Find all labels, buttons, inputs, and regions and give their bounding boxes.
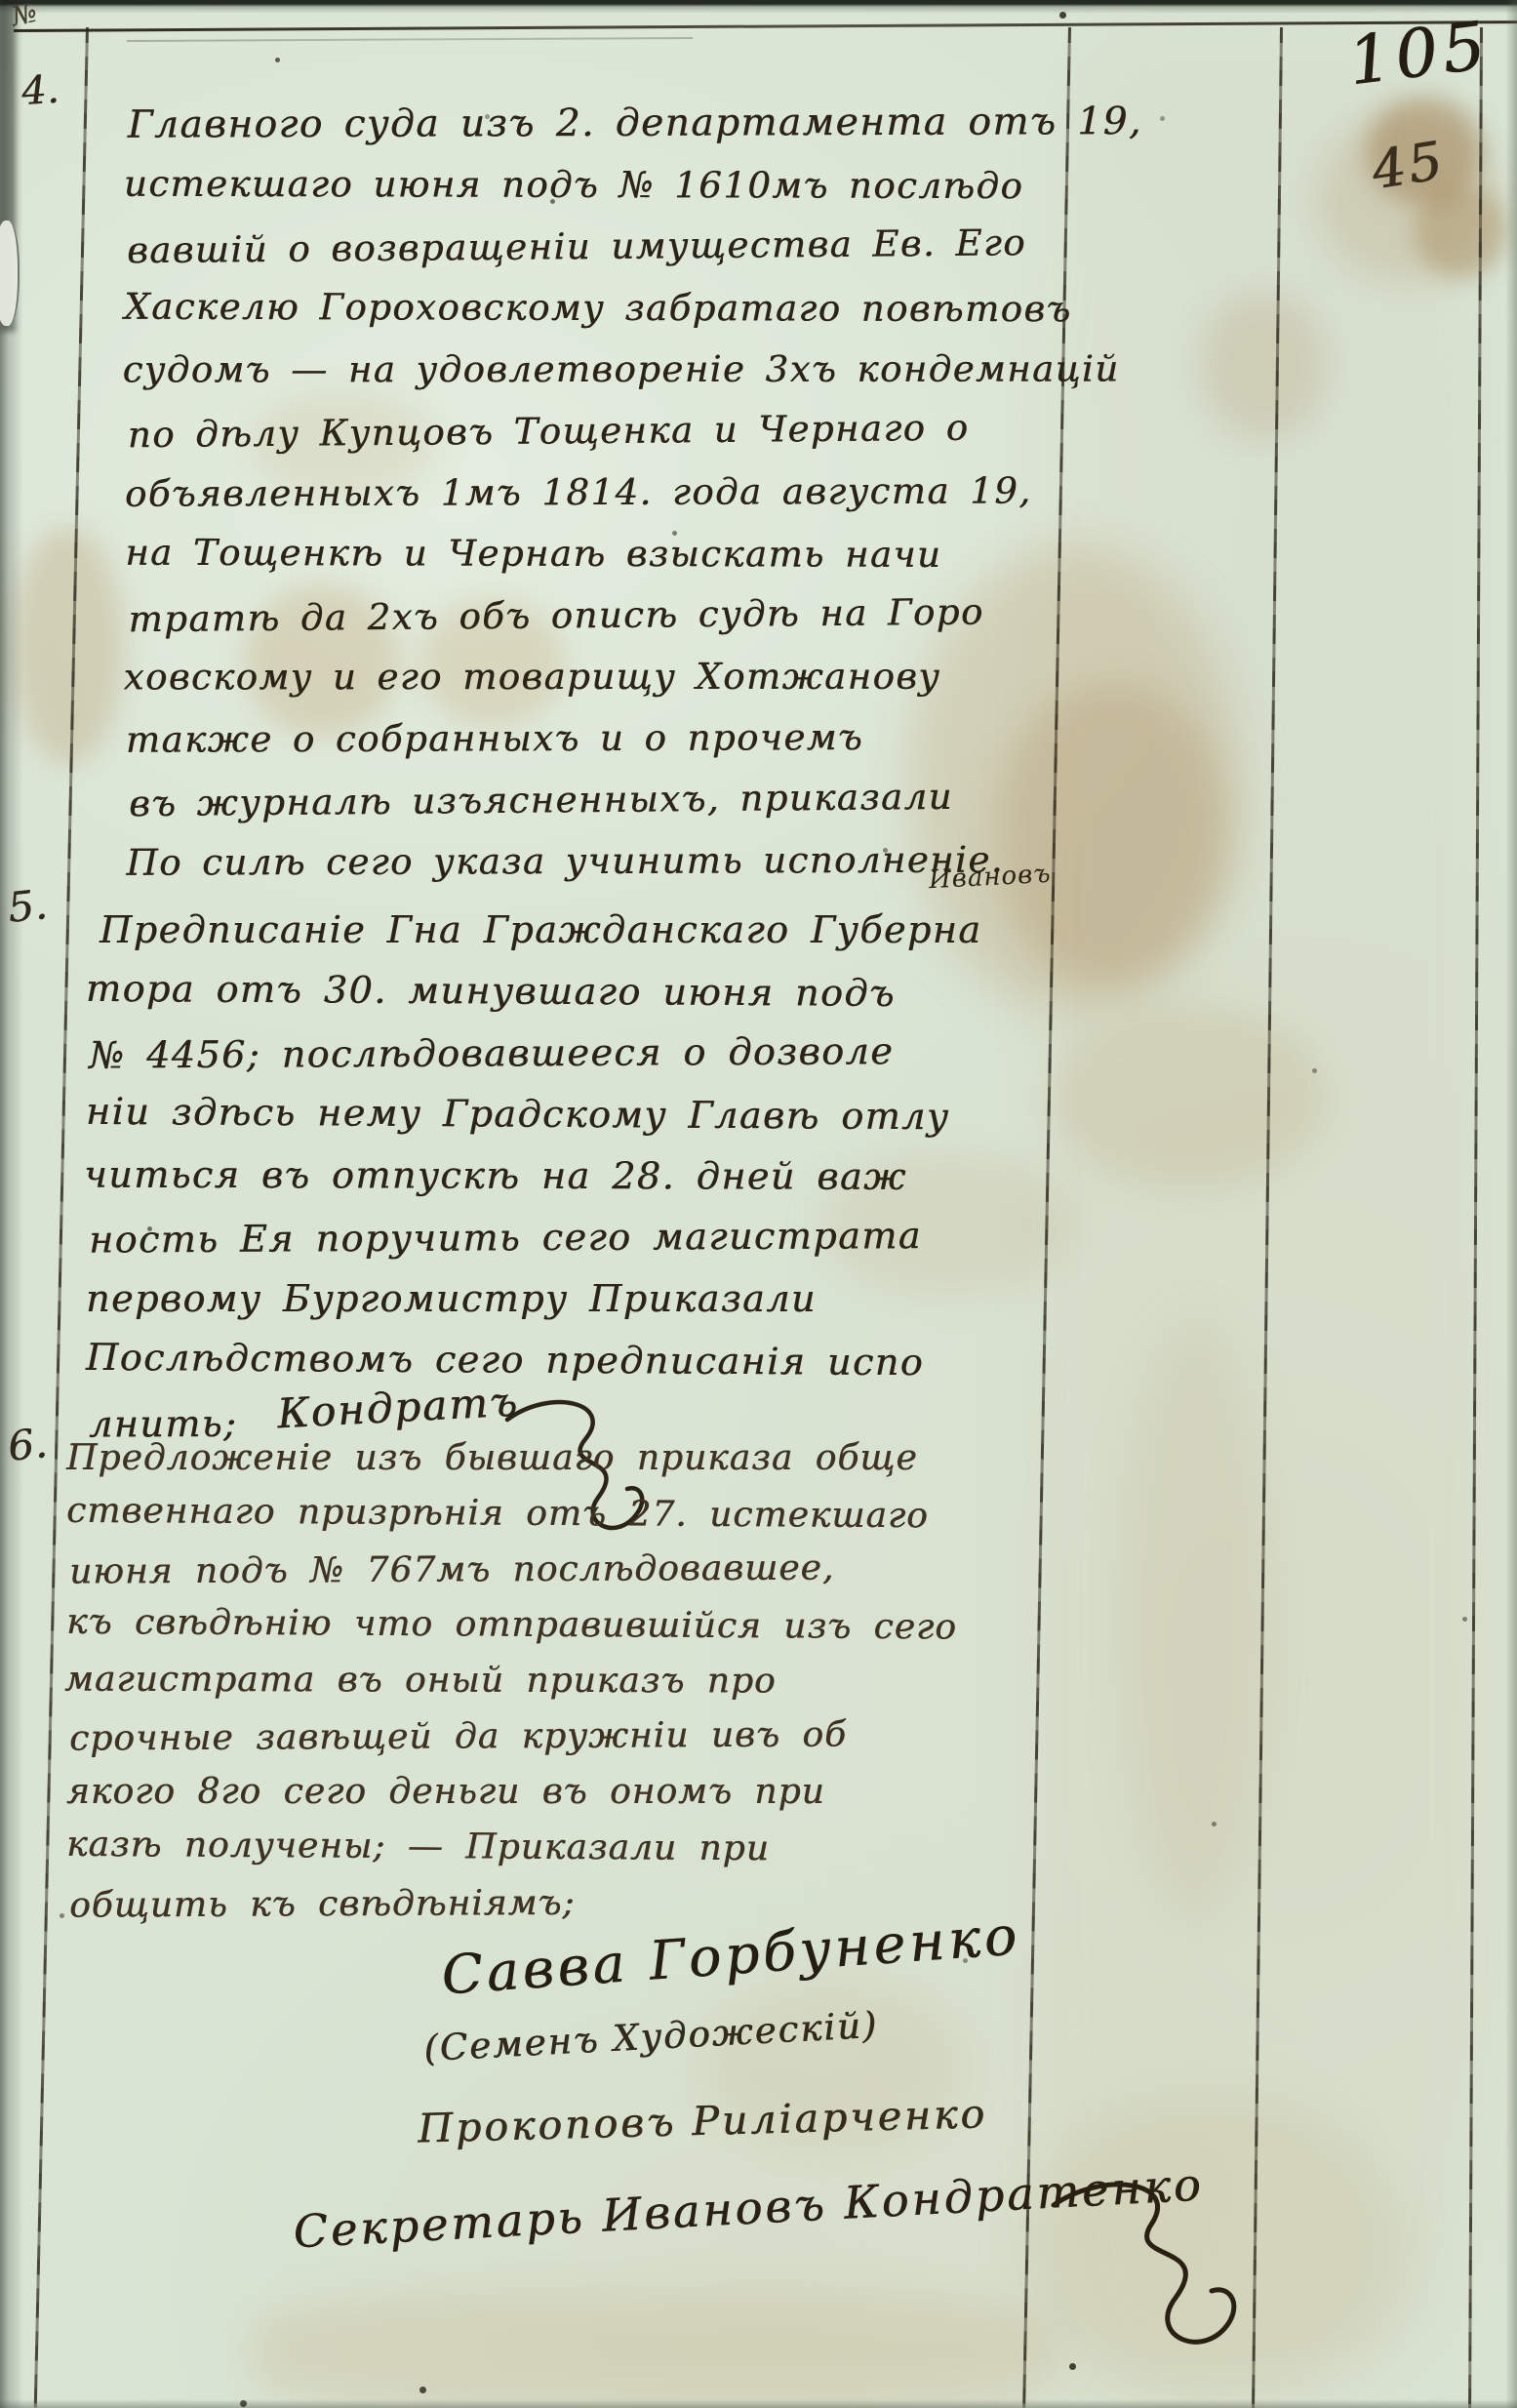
secretary-flourish [1034, 2176, 1258, 2371]
top-rule [14, 20, 1517, 32]
page-edge-right [1505, 0, 1517, 2408]
handwritten-text-line: ность Ея поручить сего магистрата [89, 1204, 1069, 1270]
handwritten-text-line: ховскому и его товарищу Хотжанову [124, 646, 1080, 708]
edge-column-rule [1468, 27, 1482, 2408]
paper-stain [1122, 1317, 1268, 1922]
paper-stain [254, 2293, 1054, 2408]
handwritten-text-line: Послѣдствомъ сего предписанія испо [86, 1327, 1066, 1394]
entry-5-text: Предписаніе Гна Гражданскаго Губернатора… [86, 900, 1066, 1453]
scan-edge-top [0, 0, 1517, 14]
handwritten-text-line: магистрата въ оный приказъ про [64, 1652, 1050, 1710]
entry-4-text: Главного суда изъ 2. департамента отъ 19… [124, 91, 1083, 893]
handwritten-text-line: якого 8го сего деньги въ ономъ при [66, 1764, 1052, 1820]
handwritten-text-line: ственнаго призрѣнія отъ 27. истекшаго [66, 1483, 1052, 1545]
handwritten-text-line: объявленныхъ 1мъ 1814. года августа 19, [125, 460, 1081, 524]
margin-mark: № [9, 0, 39, 32]
entry-6-text: Предложеніе изъ бывшаго приказа обществе… [66, 1430, 1052, 1931]
pencil-folio-number: 45 [1368, 130, 1450, 202]
handwritten-text-line: казѣ получены; — Приказали при [66, 1817, 1052, 1878]
entry-number-4: 4. [20, 67, 60, 115]
handwritten-text-line: на Тощенкѣ и Чернаѣ взыскать начи [125, 522, 1081, 586]
page-edge-bottom [0, 2399, 1517, 2408]
handwritten-text-line: июня подъ № 767мъ послѣдовавшее, [69, 1539, 1055, 1599]
handwritten-text-line: также о собранныхъ и о прочемъ [126, 705, 1082, 770]
handwritten-text-line: Предписаніе Гна Гражданскаго Губерна [100, 900, 1066, 961]
entry-number-6: 6. [6, 1419, 50, 1470]
handwritten-text-line: истекшаго июня подъ № 1610мъ послѣдо [124, 153, 1080, 218]
signature-second: (Семенъ Художескій) [422, 2004, 879, 2069]
handwritten-text-line: Хаскелю Гороховскому забратаго повѣтовъ [124, 276, 1080, 341]
handwritten-text-line: № 4456; послѣдовавшееся о дозволе [89, 1020, 1069, 1086]
handwritten-text-line: тора отъ 30. минувшаго июня подъ [86, 958, 1066, 1025]
handwritten-text-line: Предложеніе изъ бывшаго приказа обще [66, 1430, 1052, 1486]
ink-specks [0, 0, 3, 3]
second-column-rule [1252, 27, 1282, 2408]
handwritten-text-line: вавшій о возвращеніи имущества Ев. Его [127, 212, 1084, 282]
handwritten-text-line: по дѣлу Купцовъ Тощенка и Чернаго о [128, 396, 1085, 466]
top-rule-echo [127, 37, 693, 42]
page-edge-left [0, 0, 25, 2408]
handwritten-text-line: въ журналѣ изъясненныхъ, приказали [129, 765, 1086, 835]
margin-column-rule [34, 27, 89, 2407]
entry-number-5: 5. [6, 880, 50, 932]
torn-edge-chip [0, 221, 20, 326]
paper-stain [1054, 1005, 1327, 1190]
handwritten-text-line: ніи здѣсь нему Градскому Главѣ отлу [86, 1081, 1066, 1148]
paper-stain [12, 527, 124, 766]
handwritten-text-line: судомъ — на удовлетвореніе 3хъ кондемнац… [123, 339, 1079, 401]
handwritten-text-line: тратѣ да 2хъ объ описѣ судѣ на Горо [128, 581, 1085, 651]
folio-number: 105 [1344, 7, 1494, 100]
signature-ratman: Прокоповъ Риліарченко [417, 2090, 987, 2151]
handwritten-text-line: срочные завѣщей да кружніи ивъ об [69, 1706, 1055, 1766]
paper-stain [1200, 293, 1327, 439]
handwritten-text-line: читься въ отпускѣ на 28. дней важ [84, 1144, 1064, 1209]
paper-stain [1415, 185, 1507, 278]
handwritten-text-line: Главного суда изъ 2. департамента отъ 19… [128, 91, 1080, 155]
handwritten-text-line: къ свѣдѣнію что отправившійся изъ сего [66, 1594, 1052, 1656]
manuscript-page: 105 45 № 4. 5. 6. Главного суда изъ 2. д… [0, 0, 1517, 2408]
handwritten-text-line: первому Бургомистру Приказали [86, 1268, 1066, 1330]
